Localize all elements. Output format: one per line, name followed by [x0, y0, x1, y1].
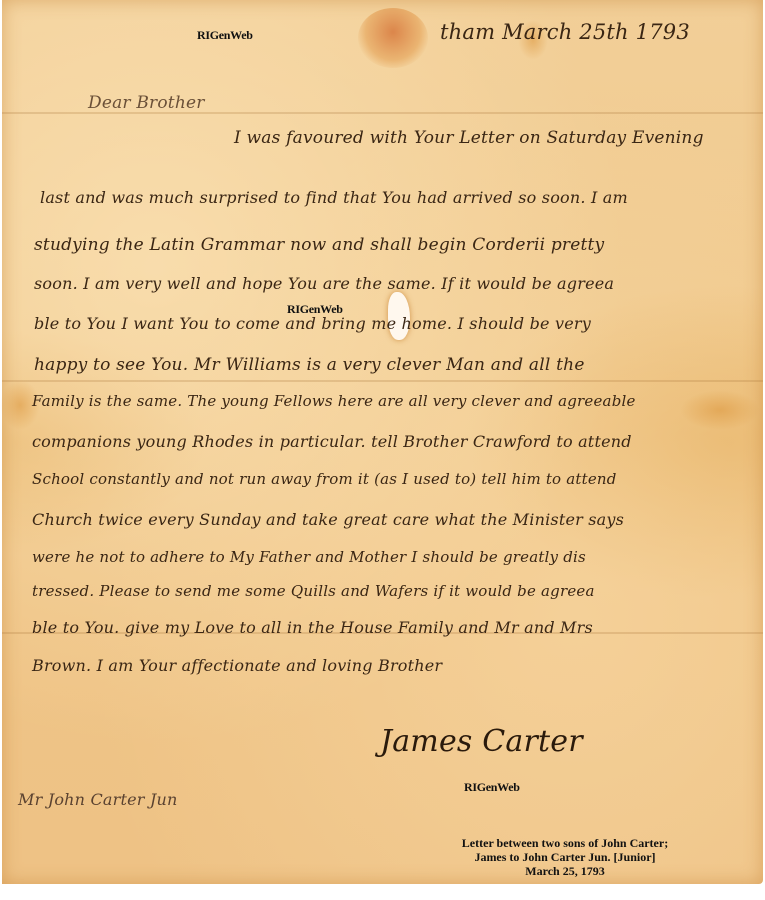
- addressee: Mr John Carter Jun: [18, 790, 178, 809]
- letter-line: tressed. Please to send me some Quills a…: [32, 582, 595, 600]
- letter-line: studying the Latin Grammar now and shall…: [34, 235, 604, 255]
- caption-line: Letter between two sons of John Carter;: [450, 836, 680, 850]
- signature: James Carter: [380, 724, 583, 759]
- salutation: Dear Brother: [88, 93, 205, 113]
- letter-line: ble to You. give my Love to all in the H…: [32, 618, 593, 637]
- caption-line: March 25, 1793: [450, 864, 680, 878]
- fold-line: [2, 380, 763, 382]
- watermark-label: RIGenWeb: [197, 28, 253, 43]
- letter-line: ble to You I want You to come and bring …: [34, 314, 591, 333]
- letter-line: Family is the same. The young Fellows he…: [32, 392, 636, 410]
- letter-line: Brown. I am Your affectionate and loving…: [32, 656, 442, 675]
- letter-line: companions young Rhodes in particular. t…: [32, 432, 632, 451]
- caption: Letter between two sons of John Carter; …: [450, 836, 680, 878]
- letter-line: soon. I am very well and hope You are th…: [34, 274, 614, 293]
- stain: [680, 390, 760, 430]
- letter-line: School constantly and not run away from …: [32, 470, 617, 488]
- letter-line: happy to see You. Mr Williams is a very …: [34, 355, 585, 375]
- letter-line: Church twice every Sunday and take great…: [32, 510, 624, 529]
- letter-line: were he not to adhere to My Father and M…: [32, 548, 586, 566]
- caption-line: James to John Carter Jun. [Junior]: [450, 850, 680, 864]
- letter-line: I was favoured with Your Letter on Satur…: [234, 128, 704, 148]
- letter-line: last and was much surprised to find that…: [40, 188, 628, 207]
- wax-seal-stain: [358, 8, 428, 68]
- watermark-label: RIGenWeb: [464, 780, 520, 795]
- dateline: tham March 25th 1793: [440, 20, 690, 44]
